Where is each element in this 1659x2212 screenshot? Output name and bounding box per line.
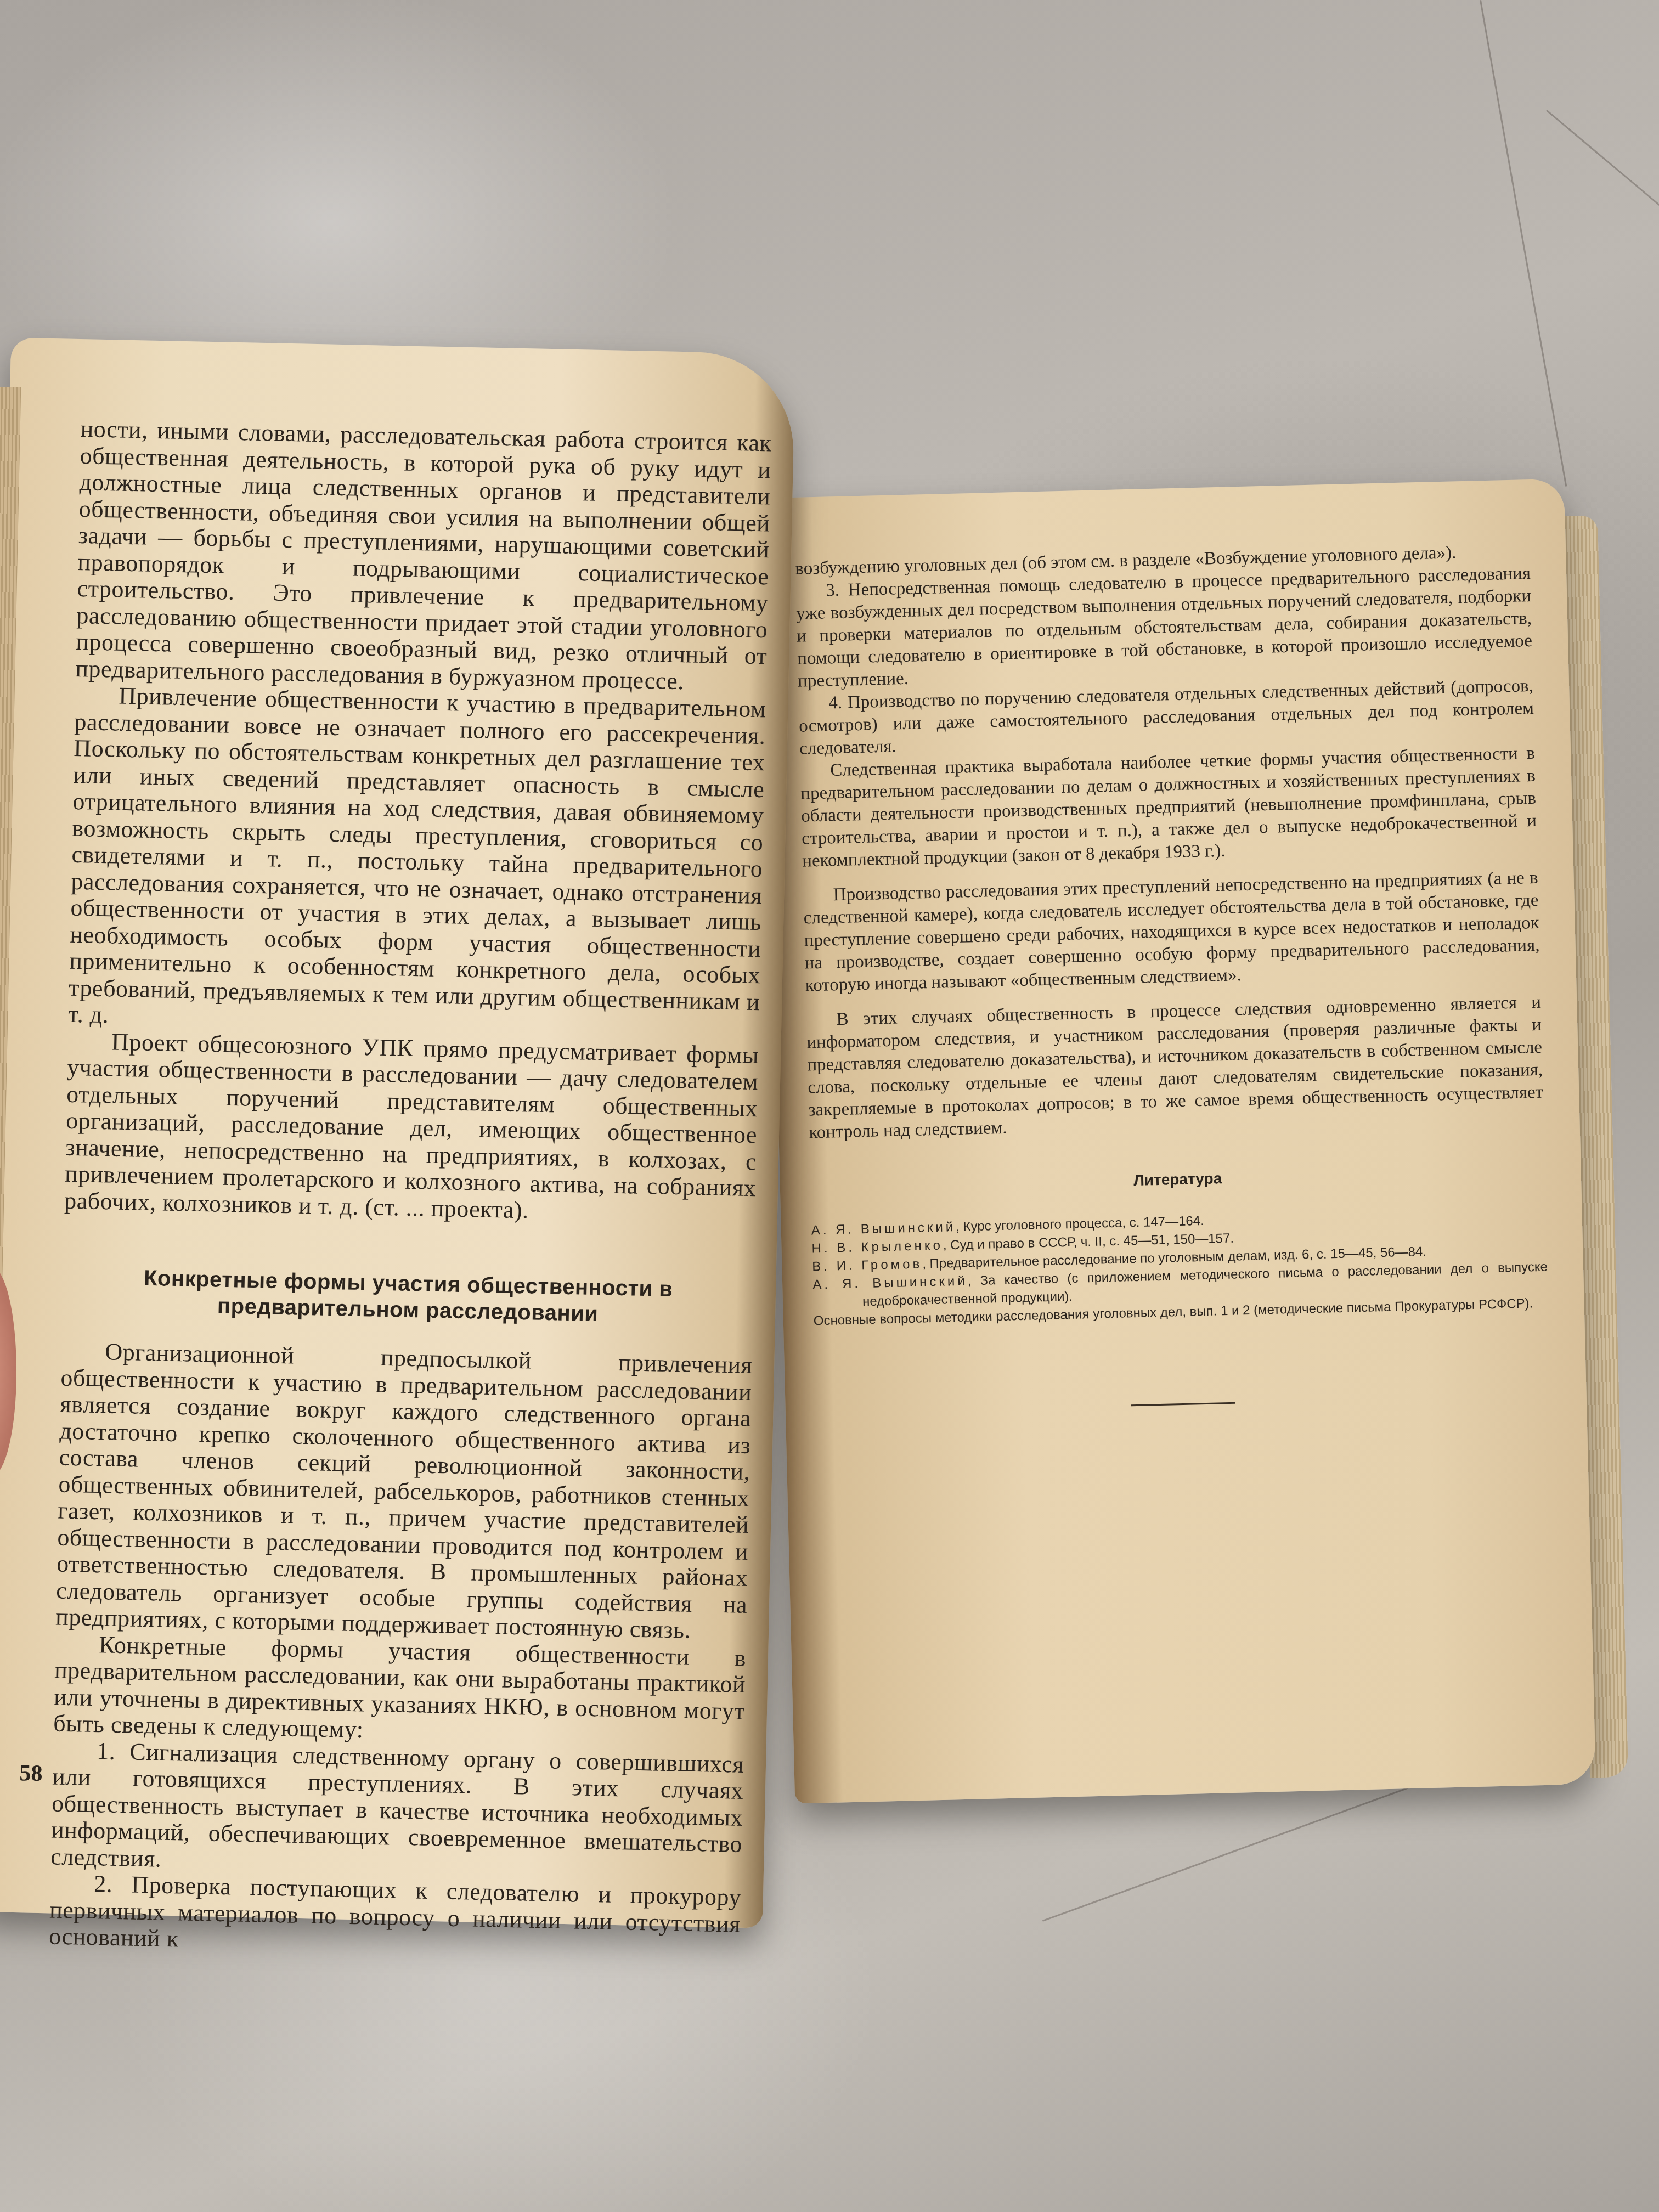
paragraph: ности, иными словами, расследовательская… xyxy=(75,416,772,696)
section-heading: Конкретные формы участия общественности … xyxy=(62,1263,754,1330)
right-page: возбуждению уголовных дел (об этом см. в… xyxy=(763,479,1596,1804)
author: А. Я. Вышинский xyxy=(811,1220,956,1238)
author: Н. В. Крыленко xyxy=(811,1238,943,1256)
section-end-rule xyxy=(1131,1402,1235,1407)
right-page-body: возбуждению уголовных дел (об этом см. в… xyxy=(795,540,1551,1414)
left-page-body: ности, иными словами, расследовательская… xyxy=(49,416,772,1964)
author: В. И. Громов xyxy=(812,1257,922,1274)
paragraph: Производство расследования этих преступл… xyxy=(803,867,1541,997)
marble-vein xyxy=(1546,110,1659,287)
literature-heading: Литература xyxy=(810,1159,1545,1200)
open-book: возбуждению уголовных дел (об этом см. в… xyxy=(0,307,1624,1931)
paragraph: Организационной предпосылкой привлечения… xyxy=(55,1338,753,1645)
literature-list: А. Я. Вышинский, Курс уголовного процесс… xyxy=(811,1204,1548,1330)
list-item: 2. Проверка поступающих к следователю и … xyxy=(49,1870,742,1964)
author: А. Я. Вышинский xyxy=(812,1274,968,1293)
paragraph: Конкретные формы участия общественности … xyxy=(53,1630,747,1751)
paragraph: В этих случаях общественность в процессе… xyxy=(806,991,1544,1144)
paragraph: 3. Непосредственная помощь следователю в… xyxy=(795,562,1533,693)
left-page: ности, иными словами, расследовательская… xyxy=(0,337,795,1928)
page-number: 58 xyxy=(19,1760,43,1787)
paragraph: Следственная практика выработала наиболе… xyxy=(800,742,1538,873)
left-page-edges xyxy=(0,387,21,1950)
paragraph: Привлечение общественности к участию в п… xyxy=(68,682,766,1042)
paragraph: Проект общесоюзного УПК прямо предусматр… xyxy=(64,1028,759,1228)
list-item: 1. Сигнализация следственному органу о с… xyxy=(50,1737,744,1884)
